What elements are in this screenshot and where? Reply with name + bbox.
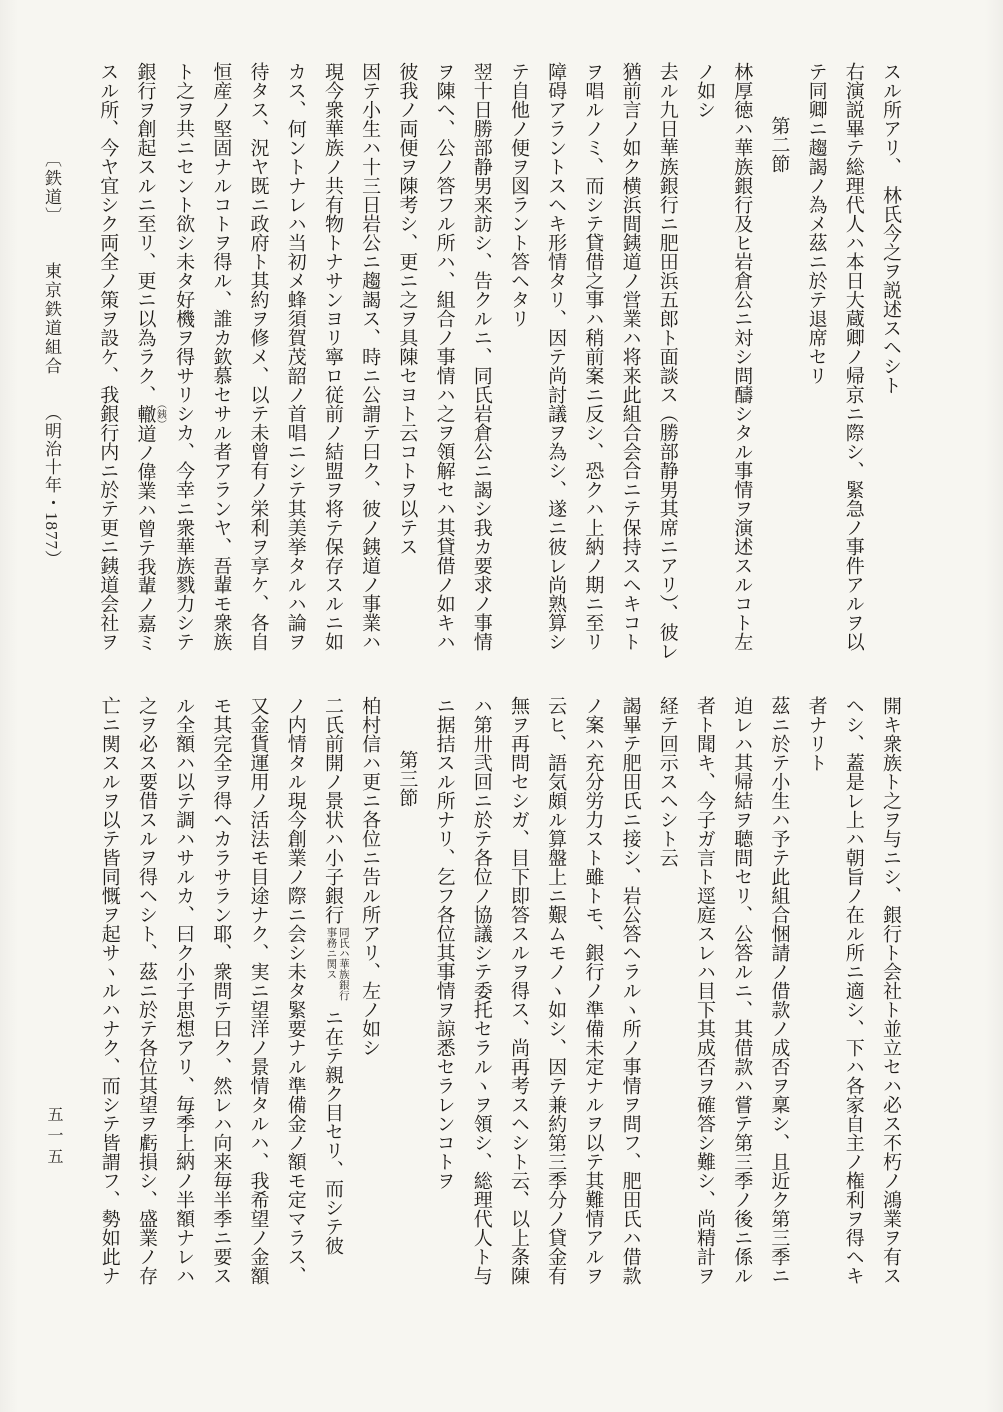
bottom-text-block: 開キ衆族ト之ヲ与ニシ、銀行ト会社ト並立セハ必ス不朽ノ鴻業ヲ有ス ヘシ、蓋是レ上ハ… [87, 696, 909, 1316]
text-column: 迫レハ其帰結ヲ聴問セリ、公答ルニ、其借款ハ嘗テ第三季ノ後ニ係ル [723, 696, 760, 1316]
text-column: ノ内情タル現今創業ノ際ニ会シ未タ緊要ナル準備金ノ額モ定マラス、 [277, 696, 314, 1316]
text-column: 翌十日勝部静男来訪シ、告クルニ、同氏岩倉公ニ謁シ我カ要求ノ事情 [463, 62, 500, 674]
text-column: 者ト聞キ、今子ガ言ト逕庭スレハ目下其成否ヲ確答シ難シ、尚精計ヲ [686, 696, 723, 1316]
text-column: 又金貨運用ノ活法モ目途ナク、実ニ望洋ノ景情タルハ、我希望ノ金額 [239, 696, 276, 1316]
column-text: ニ在テ親ク目セリ、而シテ彼 [322, 1008, 343, 1255]
text-column: モ其完全ヲ得ヘカラサラン耶、衆問テ曰ク、然レハ向来毎半季ニ要ス [202, 696, 239, 1316]
text-column: ノ如シ [686, 62, 723, 674]
text-column: 之ヲ必ス要借スルヲ得ヘシト、茲ニ於テ各位其望ヲ虧損シ、盛業ノ存 [128, 696, 165, 1316]
text-column: 開キ衆族ト之ヲ与ニシ、銀行ト会社ト並立セハ必ス不朽ノ鴻業ヲ有ス [872, 696, 909, 1316]
text-column: 者ナリト [797, 696, 834, 1316]
text-column: ル全額ハ以テ調ハサルカ、曰ク小子思想アリ、毎季上納ノ半額ナレハ [165, 696, 202, 1316]
column-text: 道ノ偉業ハ曾テ我輩ノ嘉ミ [134, 424, 155, 652]
text-column: ト之ヲ共ニセント欲シ未タ好機ヲ得サリシカ、今幸ニ衆華族戮力シテ [165, 62, 202, 674]
margin-date-label: （明治十年・1877） [42, 404, 61, 568]
text-column: ノ案ハ充分労力スト雖トモ、銀行ノ準備未定ナルヲ以テ其難情アルヲ [574, 696, 611, 1316]
text-column: ヘシ、蓋是レ上ハ朝旨ノ在ル所ニ適シ、下ハ各家自主ノ権利ヲ得ヘキ [835, 696, 872, 1316]
page-number: 五一五 [42, 1106, 65, 1169]
text-column: 障碍アラントスヘキ形情タリ、因テ尚討議ヲ為シ、遂ニ彼レ尚熟算シ [537, 62, 574, 674]
section-heading: 第三節 [388, 696, 425, 1370]
document-page: スル所アリ、 林氏今之ヲ説述スヘシト 右演説畢テ総理代人ハ本日大蔵卿ノ帰京ニ際シ… [0, 0, 1003, 1412]
text-column: 待タス、況ヤ既ニ政府ト其約ヲ修メ、以テ未曾有ノ栄利ヲ享ケ、各自 [239, 62, 276, 674]
text-column: 現今衆華族ノ共有物トナサンヨリ寧ロ従前ノ結盟ヲ将テ保存スルニ如 [314, 62, 351, 674]
text-column: ニ据拮スル所ナリ、乞フ各位其事情ヲ諒悉セラレンコトヲ [425, 696, 462, 1316]
text-column: 彼我ノ両便ヲ陳考シ、更ニ之ヲ具陳セヨト云コトヲ以テス [388, 62, 425, 674]
text-column: スル所、今ヤ宜シク両全ノ策ヲ設ケ、我銀行内ニ於テ更ニ銕道会社ヲ [89, 62, 126, 674]
text-column: 恒産ノ堅固ナルコトヲ得ル、誰カ欽慕セサル者アランヤ、吾輩モ衆族 [202, 62, 239, 674]
margin-category-label: 〔鉄道〕 [42, 150, 61, 226]
text-column: 謁畢テ肥田氏ニ接シ、岩公答ヘラルヽ所ノ事情ヲ問フ、肥田氏ハ借款 [611, 696, 648, 1316]
margin-label: 〔鉄道〕東京鉄道組合（明治十年・1877） [40, 150, 62, 568]
margin-document-title: 東京鉄道組合 [42, 262, 61, 376]
text-column-with-correction: 銀行ヲ創起スルニ至リ、更ニ以為ラク、轍（銕）道ノ偉業ハ曾テ我輩ノ嘉ミ [126, 62, 165, 674]
corrected-word: 轍（銕） [134, 404, 155, 424]
text-column: 亡ニ関スルヲ以テ皆同慨ヲ起サヽルハナク、而シテ皆謂フ、勢如此ナ [91, 696, 128, 1316]
text-column: 林厚徳ハ華族銀行及ヒ岩倉公ニ対シ問醻シタル事情ヲ演述スルコト左 [723, 62, 760, 674]
text-column: ハ第卅弐回ニ於テ各位ノ協議シテ委托セラルヽヲ領シ、総理代人ト与 [463, 696, 500, 1316]
section-heading: 第二節 [760, 62, 797, 728]
text-column: 柏村信ハ更ニ各位ニ告ル所アリ、左ノ如シ [351, 696, 388, 1316]
text-column: 無ヲ再問セシガ、目下即答スルヲ得ス、尚再考スヘシト云、以上条陳 [500, 696, 537, 1316]
column-text: 二氏前開ノ景状ハ小子銀行 [322, 696, 343, 924]
text-column: ヲ陳ヘ、公ノ答フル所ハ、組合ノ事情ハ之ヲ領解セハ其貸借ノ如キハ [425, 62, 462, 674]
column-text: 銀行ヲ創起スルニ至リ、更ニ以為ラク、 [134, 62, 155, 404]
text-column: 茲ニ於テ小生ハ予テ此組合悃請ノ借款ノ成否ヲ稟シ、且近ク第三季ニ [760, 696, 797, 1316]
top-text-block: スル所アリ、 林氏今之ヲ説述スヘシト 右演説畢テ総理代人ハ本日大蔵卿ノ帰京ニ際シ… [87, 62, 909, 674]
inline-note: 同氏ハ華族銀行事務ニ関ス [324, 927, 349, 1005]
text-column: 云ヒ、語気頗ル算盤上ニ艱ムモノヽ如シ、因テ兼約第三季分ノ貸金有 [537, 696, 574, 1316]
text-column: ヲ唱ルノミ、而シテ貸借之事ハ稍前案ニ反シ、恐クハ上納ノ期ニ至リ [574, 62, 611, 674]
text-column: テ自他ノ便ヲ図ラント答ヘタリ [500, 62, 537, 674]
correction-note: （銕） [154, 399, 165, 429]
text-column: カス、何ントナレハ当初メ蜂須賀茂韶ノ首唱ニシテ其美挙タルハ論ヲ [277, 62, 314, 674]
text-column: 猶前言ノ如ク横浜間銕道ノ営業ハ将来此組合会合ニテ保持スヘキコト [611, 62, 648, 674]
text-column-with-note: 二氏前開ノ景状ハ小子銀行同氏ハ華族銀行事務ニ関スニ在テ親ク目セリ、而シテ彼 [314, 696, 351, 1316]
text-column: 去ル九日華族銀行ニ肥田浜五郎ト面談ス（勝部静男其席ニアリ）、彼レ [649, 62, 686, 674]
text-column: 経テ回示スヘシト云 [649, 696, 686, 1316]
text-column: テ同卿ニ趨謁ノ為メ茲ニ於テ退席セリ [797, 62, 834, 674]
text-column: 右演説畢テ総理代人ハ本日大蔵卿ノ帰京ニ際シ、緊急ノ事件アルヲ以 [835, 62, 872, 674]
text-column: スル所アリ、 林氏今之ヲ説述スヘシト [872, 62, 909, 674]
text-column: 因テ小生ハ十三日岩公ニ趨謁ス、時ニ公謂テ曰ク、彼ノ銕道ノ事業ハ [351, 62, 388, 674]
